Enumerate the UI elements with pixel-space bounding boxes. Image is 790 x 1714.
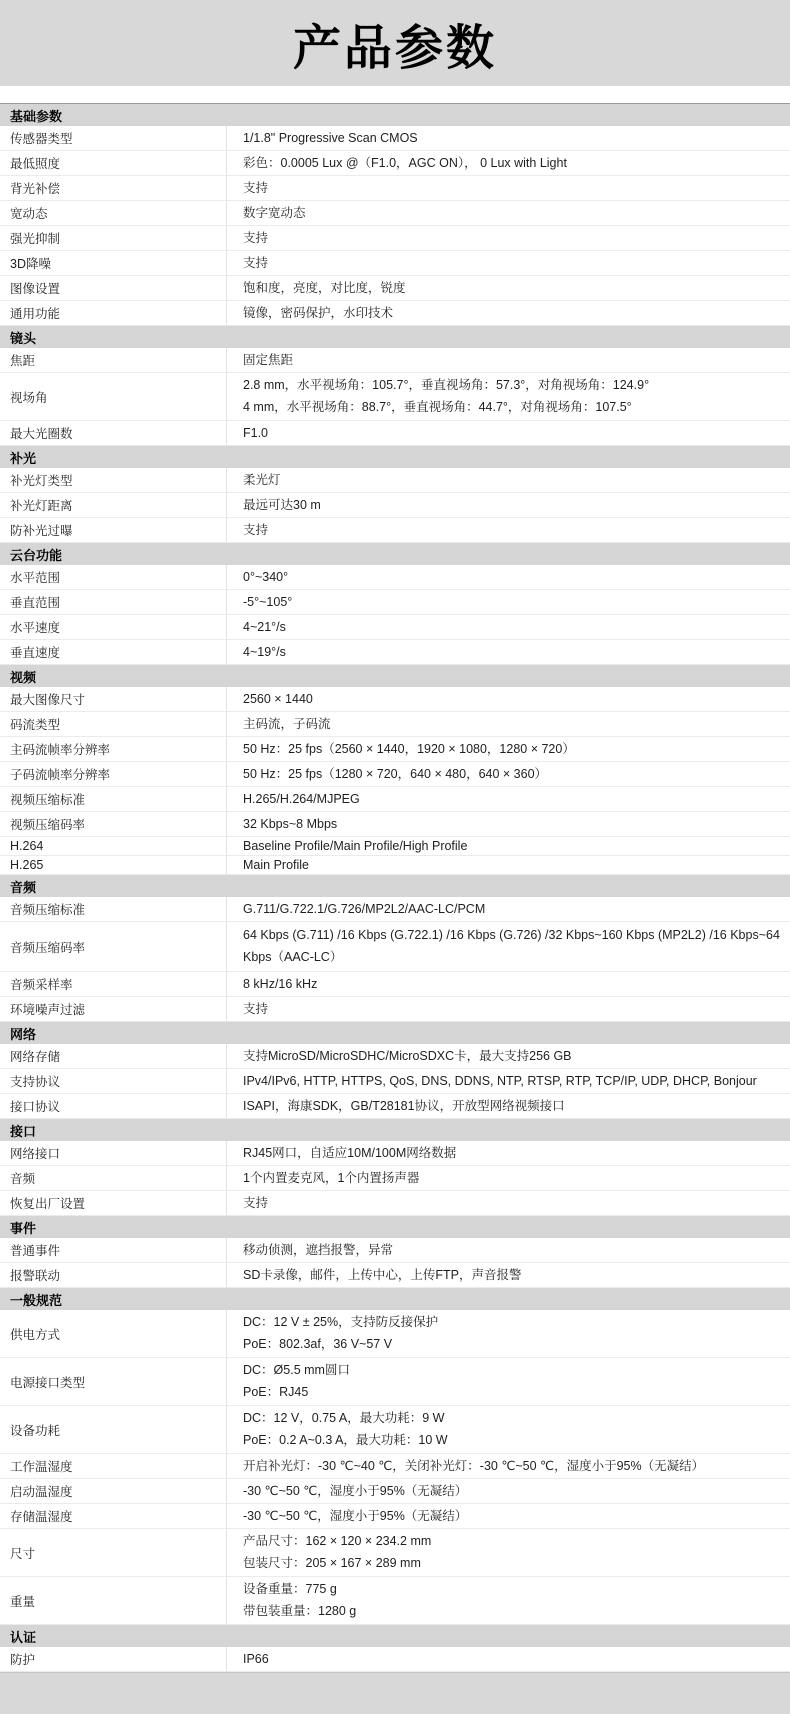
spec-label: 环境噪声过滤 bbox=[0, 997, 227, 1021]
spec-value: 4~19°/s bbox=[227, 640, 790, 664]
spec-label: 传感器类型 bbox=[0, 126, 227, 150]
spec-value: 设备重量：775 g带包装重量：1280 g bbox=[227, 1577, 790, 1624]
spec-label: 电源接口类型 bbox=[0, 1358, 227, 1405]
spec-value: 1个内置麦克风，1个内置扬声器 bbox=[227, 1166, 790, 1190]
section-header: 接口 bbox=[0, 1119, 790, 1141]
spec-value-line: 50 Hz：25 fps（2560 × 1440，1920 × 1080，128… bbox=[243, 742, 782, 757]
page-title: 产品参数 bbox=[293, 9, 497, 78]
spec-label: 背光补偿 bbox=[0, 176, 227, 200]
spec-label: 音频 bbox=[0, 1166, 227, 1190]
spec-row: 电源接口类型DC：Ø5.5 mm圆口PoE：RJ45 bbox=[0, 1358, 790, 1406]
spec-label: 码流类型 bbox=[0, 712, 227, 736]
spec-value: 8 kHz/16 kHz bbox=[227, 972, 790, 996]
spec-row: 子码流帧率分辨率50 Hz：25 fps（1280 × 720，640 × 48… bbox=[0, 762, 790, 787]
spec-value: 彩色：0.0005 Lux @（F1.0，AGC ON）， 0 Lux with… bbox=[227, 151, 790, 175]
spec-value-line: 支持 bbox=[243, 181, 782, 196]
spec-value: DC：Ø5.5 mm圆口PoE：RJ45 bbox=[227, 1358, 790, 1405]
spec-value-line: -5°~105° bbox=[243, 595, 782, 610]
spec-value: 支持MicroSD/MicroSDHC/MicroSDXC卡，最大支持256 G… bbox=[227, 1044, 790, 1068]
spec-label: 3D降噪 bbox=[0, 251, 227, 275]
spec-value: SD卡录像，邮件，上传中心，上传FTP，声音报警 bbox=[227, 1263, 790, 1287]
section-header: 网络 bbox=[0, 1022, 790, 1044]
spec-value-line: 2.8 mm，水平视场角：105.7°，垂直视场角：57.3°，对角视场角：12… bbox=[243, 375, 782, 397]
spec-value: 开启补光灯：-30 ℃~40 ℃，关闭补光灯：-30 ℃~50 ℃，湿度小于95… bbox=[227, 1454, 790, 1478]
spec-value: 镜像，密码保护，水印技术 bbox=[227, 301, 790, 325]
spec-row: H.265Main Profile bbox=[0, 856, 790, 875]
spec-value-line: 数字宽动态 bbox=[243, 206, 782, 221]
spec-value-line: 0°~340° bbox=[243, 570, 782, 585]
spec-label: 存储温湿度 bbox=[0, 1504, 227, 1528]
spec-value: 支持 bbox=[227, 176, 790, 200]
spec-label: 水平范围 bbox=[0, 565, 227, 589]
spec-value-line: 产品尺寸：162 × 120 × 234.2 mm bbox=[243, 1531, 782, 1553]
spec-row: 启动温湿度-30 ℃~50 ℃，湿度小于95%（无凝结） bbox=[0, 1479, 790, 1504]
spec-value: 4~21°/s bbox=[227, 615, 790, 639]
spec-row: 音频压缩码率64 Kbps (G.711) /16 Kbps (G.722.1)… bbox=[0, 922, 790, 972]
spec-value-line: 2560 × 1440 bbox=[243, 692, 782, 707]
section-header: 视频 bbox=[0, 665, 790, 687]
section-header: 一般规范 bbox=[0, 1288, 790, 1310]
spec-row: 强光抑制支持 bbox=[0, 226, 790, 251]
spec-value: 支持 bbox=[227, 518, 790, 542]
spec-value-line: 开启补光灯：-30 ℃~40 ℃，关闭补光灯：-30 ℃~50 ℃，湿度小于95… bbox=[243, 1459, 782, 1474]
spec-row: 通用功能镜像，密码保护，水印技术 bbox=[0, 301, 790, 326]
spec-value-line: Baseline Profile/Main Profile/High Profi… bbox=[243, 840, 782, 853]
spec-value-line: DC：Ø5.5 mm圆口 bbox=[243, 1360, 782, 1382]
spec-value: 柔光灯 bbox=[227, 468, 790, 492]
spec-label: 普通事件 bbox=[0, 1238, 227, 1262]
spec-row: 音频1个内置麦克风，1个内置扬声器 bbox=[0, 1166, 790, 1191]
spec-label: 最低照度 bbox=[0, 151, 227, 175]
spec-label: H.264 bbox=[0, 837, 227, 855]
spec-label: 宽动态 bbox=[0, 201, 227, 225]
spec-label: 启动温湿度 bbox=[0, 1479, 227, 1503]
spec-row: 主码流帧率分辨率50 Hz：25 fps（2560 × 1440，1920 × … bbox=[0, 737, 790, 762]
spec-value: RJ45网口，自适应10M/100M网络数据 bbox=[227, 1141, 790, 1165]
spec-row: 存储温湿度-30 ℃~50 ℃，湿度小于95%（无凝结） bbox=[0, 1504, 790, 1529]
spec-row: 恢复出厂设置支持 bbox=[0, 1191, 790, 1216]
spec-value: 产品尺寸：162 × 120 × 234.2 mm包装尺寸：205 × 167 … bbox=[227, 1529, 790, 1576]
spec-value-line: 彩色：0.0005 Lux @（F1.0，AGC ON）， 0 Lux with… bbox=[243, 156, 782, 171]
spec-row: 3D降噪支持 bbox=[0, 251, 790, 276]
spec-label: 视场角 bbox=[0, 373, 227, 420]
spec-value-line: IP66 bbox=[243, 1652, 782, 1667]
spec-value-line: 最远可达30 m bbox=[243, 498, 782, 513]
spec-value: IPv4/IPv6, HTTP, HTTPS, QoS, DNS, DDNS, … bbox=[227, 1069, 790, 1093]
spec-value-line: 带包装重量：1280 g bbox=[243, 1601, 782, 1623]
spec-value: 2.8 mm，水平视场角：105.7°，垂直视场角：57.3°，对角视场角：12… bbox=[227, 373, 790, 420]
spec-row: 垂直速度4~19°/s bbox=[0, 640, 790, 665]
spec-value: 64 Kbps (G.711) /16 Kbps (G.722.1) /16 K… bbox=[227, 922, 790, 971]
spec-value-line: G.711/G.722.1/G.726/MP2L2/AAC-LC/PCM bbox=[243, 902, 782, 917]
spec-row: 最低照度彩色：0.0005 Lux @（F1.0，AGC ON）， 0 Lux … bbox=[0, 151, 790, 176]
spec-value: 50 Hz：25 fps（2560 × 1440，1920 × 1080，128… bbox=[227, 737, 790, 761]
spec-label: 防护 bbox=[0, 1647, 227, 1671]
spec-row: 补光灯类型柔光灯 bbox=[0, 468, 790, 493]
spec-label: 最大图像尺寸 bbox=[0, 687, 227, 711]
spec-value: G.711/G.722.1/G.726/MP2L2/AAC-LC/PCM bbox=[227, 897, 790, 921]
spec-row: 设备功耗DC：12 V，0.75 A，最大功耗：9 WPoE：0.2 A~0.3… bbox=[0, 1406, 790, 1454]
spec-value-line: 柔光灯 bbox=[243, 473, 782, 488]
spec-row: 背光补偿支持 bbox=[0, 176, 790, 201]
spec-value-line: 32 Kbps~8 Mbps bbox=[243, 817, 782, 832]
spec-label: 报警联动 bbox=[0, 1263, 227, 1287]
spec-label: 补光灯距离 bbox=[0, 493, 227, 517]
spec-label: 接口协议 bbox=[0, 1094, 227, 1118]
spec-value: ISAPI，海康SDK，GB/T28181协议，开放型网络视频接口 bbox=[227, 1094, 790, 1118]
spec-label: 垂直速度 bbox=[0, 640, 227, 664]
spec-row: 最大图像尺寸2560 × 1440 bbox=[0, 687, 790, 712]
spec-value: 主码流，子码流 bbox=[227, 712, 790, 736]
spec-row: 补光灯距离最远可达30 m bbox=[0, 493, 790, 518]
spec-label: 支持协议 bbox=[0, 1069, 227, 1093]
spec-label: 网络存储 bbox=[0, 1044, 227, 1068]
spec-label: 尺寸 bbox=[0, 1529, 227, 1576]
spec-value-line: 主码流，子码流 bbox=[243, 717, 782, 732]
spec-value-line: 支持 bbox=[243, 523, 782, 538]
spec-label: 子码流帧率分辨率 bbox=[0, 762, 227, 786]
spec-row: 最大光圈数F1.0 bbox=[0, 421, 790, 446]
section-header: 认证 bbox=[0, 1625, 790, 1647]
spec-value-line: PoE：802.3af，36 V~57 V bbox=[243, 1334, 782, 1356]
title-band: 产品参数 bbox=[0, 0, 790, 86]
spec-value: -30 ℃~50 ℃，湿度小于95%（无凝结） bbox=[227, 1504, 790, 1528]
spec-value: F1.0 bbox=[227, 421, 790, 445]
spec-label: 图像设置 bbox=[0, 276, 227, 300]
spec-row: 宽动态数字宽动态 bbox=[0, 201, 790, 226]
spec-value: 移动侦测，遮挡报警，异常 bbox=[227, 1238, 790, 1262]
spec-value-line: 8 kHz/16 kHz bbox=[243, 977, 782, 992]
spec-row: 水平范围0°~340° bbox=[0, 565, 790, 590]
spec-label: 音频压缩码率 bbox=[0, 922, 227, 971]
spec-label: 防补光过曝 bbox=[0, 518, 227, 542]
spec-row: 水平速度4~21°/s bbox=[0, 615, 790, 640]
spec-value-line: 支持 bbox=[243, 1002, 782, 1017]
spec-row: 环境噪声过滤支持 bbox=[0, 997, 790, 1022]
spec-value: 1/1.8" Progressive Scan CMOS bbox=[227, 126, 790, 150]
spec-value-line: PoE：0.2 A~0.3 A，最大功耗：10 W bbox=[243, 1430, 782, 1452]
spec-value: 50 Hz：25 fps（1280 × 720，640 × 480，640 × … bbox=[227, 762, 790, 786]
spec-label: 补光灯类型 bbox=[0, 468, 227, 492]
spec-label: 供电方式 bbox=[0, 1310, 227, 1357]
spec-value-line: DC：12 V ± 25%，支持防反接保护 bbox=[243, 1312, 782, 1334]
spec-label: 重量 bbox=[0, 1577, 227, 1624]
section-header: 基础参数 bbox=[0, 104, 790, 126]
section-header: 补光 bbox=[0, 446, 790, 468]
spec-row: 防护IP66 bbox=[0, 1647, 790, 1672]
spec-row: 音频采样率8 kHz/16 kHz bbox=[0, 972, 790, 997]
spec-row: 焦距固定焦距 bbox=[0, 348, 790, 373]
spec-row: 普通事件移动侦测，遮挡报警，异常 bbox=[0, 1238, 790, 1263]
spec-row: 图像设置饱和度，亮度，对比度，锐度 bbox=[0, 276, 790, 301]
spec-value-line: 支持 bbox=[243, 1196, 782, 1211]
spec-value-line: 饱和度，亮度，对比度，锐度 bbox=[243, 281, 782, 296]
spec-value-line: DC：12 V，0.75 A，最大功耗：9 W bbox=[243, 1408, 782, 1430]
spec-value: Main Profile bbox=[227, 856, 790, 874]
spec-label: 主码流帧率分辨率 bbox=[0, 737, 227, 761]
spec-value-line: 4 mm，水平视场角：88.7°，垂直视场角：44.7°，对角视场角：107.5… bbox=[243, 397, 782, 419]
spec-row: 尺寸产品尺寸：162 × 120 × 234.2 mm包装尺寸：205 × 16… bbox=[0, 1529, 790, 1577]
spec-row: 重量设备重量：775 g带包装重量：1280 g bbox=[0, 1577, 790, 1625]
spec-row: 视频压缩标准H.265/H.264/MJPEG bbox=[0, 787, 790, 812]
spec-row: 供电方式DC：12 V ± 25%，支持防反接保护PoE：802.3af，36 … bbox=[0, 1310, 790, 1358]
section-header: 镜头 bbox=[0, 326, 790, 348]
spec-value-line: 支持 bbox=[243, 231, 782, 246]
spec-value-line: 移动侦测，遮挡报警，异常 bbox=[243, 1243, 782, 1258]
section-header: 事件 bbox=[0, 1216, 790, 1238]
spec-row: 传感器类型1/1.8" Progressive Scan CMOS bbox=[0, 126, 790, 151]
spec-value: 支持 bbox=[227, 251, 790, 275]
spec-value: 支持 bbox=[227, 1191, 790, 1215]
spec-row: 报警联动SD卡录像，邮件，上传中心，上传FTP，声音报警 bbox=[0, 1263, 790, 1288]
spec-label: 强光抑制 bbox=[0, 226, 227, 250]
spec-label: 通用功能 bbox=[0, 301, 227, 325]
spec-value-line: PoE：RJ45 bbox=[243, 1382, 782, 1404]
spec-value: 2560 × 1440 bbox=[227, 687, 790, 711]
spec-value-line: 支持 bbox=[243, 256, 782, 271]
spec-label: 焦距 bbox=[0, 348, 227, 372]
spec-value-line: ISAPI，海康SDK，GB/T28181协议，开放型网络视频接口 bbox=[243, 1099, 782, 1114]
spec-row: 垂直范围-5°~105° bbox=[0, 590, 790, 615]
spec-row: 网络存储支持MicroSD/MicroSDHC/MicroSDXC卡，最大支持2… bbox=[0, 1044, 790, 1069]
spec-value-line: RJ45网口，自适应10M/100M网络数据 bbox=[243, 1146, 782, 1161]
section-header: 音频 bbox=[0, 875, 790, 897]
spec-row: 码流类型主码流，子码流 bbox=[0, 712, 790, 737]
spec-table: 基础参数传感器类型1/1.8" Progressive Scan CMOS最低照… bbox=[0, 103, 790, 1673]
spec-label: 工作温湿度 bbox=[0, 1454, 227, 1478]
spec-value-line: 4~21°/s bbox=[243, 620, 782, 635]
section-header: 云台功能 bbox=[0, 543, 790, 565]
spec-label: 恢复出厂设置 bbox=[0, 1191, 227, 1215]
spec-row: 视频压缩码率32 Kbps~8 Mbps bbox=[0, 812, 790, 837]
spec-label: H.265 bbox=[0, 856, 227, 874]
spec-label: 音频采样率 bbox=[0, 972, 227, 996]
spec-value-line: -30 ℃~50 ℃，湿度小于95%（无凝结） bbox=[243, 1484, 782, 1499]
spec-value: DC：12 V，0.75 A，最大功耗：9 WPoE：0.2 A~0.3 A，最… bbox=[227, 1406, 790, 1453]
spec-label: 视频压缩标准 bbox=[0, 787, 227, 811]
spec-value-line: SD卡录像，邮件，上传中心，上传FTP，声音报警 bbox=[243, 1268, 782, 1283]
spec-value: -5°~105° bbox=[227, 590, 790, 614]
spec-value-line: Main Profile bbox=[243, 859, 782, 872]
spec-label: 最大光圈数 bbox=[0, 421, 227, 445]
spec-label: 视频压缩码率 bbox=[0, 812, 227, 836]
spec-value: 支持 bbox=[227, 226, 790, 250]
spec-value-line: 4~19°/s bbox=[243, 645, 782, 660]
spec-value: 0°~340° bbox=[227, 565, 790, 589]
spec-label: 网络接口 bbox=[0, 1141, 227, 1165]
spec-value: IP66 bbox=[227, 1647, 790, 1671]
spec-value: -30 ℃~50 ℃，湿度小于95%（无凝结） bbox=[227, 1479, 790, 1503]
spec-value: H.265/H.264/MJPEG bbox=[227, 787, 790, 811]
spec-value-line: 镜像，密码保护，水印技术 bbox=[243, 306, 782, 321]
spec-row: 支持协议IPv4/IPv6, HTTP, HTTPS, QoS, DNS, DD… bbox=[0, 1069, 790, 1094]
spec-row: 音频压缩标准G.711/G.722.1/G.726/MP2L2/AAC-LC/P… bbox=[0, 897, 790, 922]
spec-value-line: F1.0 bbox=[243, 426, 782, 441]
spec-row: 工作温湿度开启补光灯：-30 ℃~40 ℃，关闭补光灯：-30 ℃~50 ℃，湿… bbox=[0, 1454, 790, 1479]
spec-value-line: -30 ℃~50 ℃，湿度小于95%（无凝结） bbox=[243, 1509, 782, 1524]
spec-row: 网络接口RJ45网口，自适应10M/100M网络数据 bbox=[0, 1141, 790, 1166]
spec-value: DC：12 V ± 25%，支持防反接保护PoE：802.3af，36 V~57… bbox=[227, 1310, 790, 1357]
spec-label: 设备功耗 bbox=[0, 1406, 227, 1453]
spec-value: 32 Kbps~8 Mbps bbox=[227, 812, 790, 836]
spec-value-line: 50 Hz：25 fps（1280 × 720，640 × 480，640 × … bbox=[243, 767, 782, 782]
spec-value-line: IPv4/IPv6, HTTP, HTTPS, QoS, DNS, DDNS, … bbox=[243, 1074, 782, 1089]
spec-value: Baseline Profile/Main Profile/High Profi… bbox=[227, 837, 790, 855]
spec-value: 支持 bbox=[227, 997, 790, 1021]
spec-value: 数字宽动态 bbox=[227, 201, 790, 225]
spec-value-line: 固定焦距 bbox=[243, 353, 782, 368]
spec-value-line: 设备重量：775 g bbox=[243, 1579, 782, 1601]
spec-value: 固定焦距 bbox=[227, 348, 790, 372]
spec-label: 音频压缩标准 bbox=[0, 897, 227, 921]
spec-value-line: 支持MicroSD/MicroSDHC/MicroSDXC卡，最大支持256 G… bbox=[243, 1049, 782, 1064]
content-area: 基础参数传感器类型1/1.8" Progressive Scan CMOS最低照… bbox=[0, 86, 790, 1673]
spec-row: 接口协议ISAPI，海康SDK，GB/T28181协议，开放型网络视频接口 bbox=[0, 1094, 790, 1119]
spec-row: H.264Baseline Profile/Main Profile/High … bbox=[0, 837, 790, 856]
spec-row: 防补光过曝支持 bbox=[0, 518, 790, 543]
spec-value-line: 1个内置麦克风，1个内置扬声器 bbox=[243, 1171, 782, 1186]
spec-value-line: 包装尺寸：205 × 167 × 289 mm bbox=[243, 1553, 782, 1575]
spec-label: 垂直范围 bbox=[0, 590, 227, 614]
spec-value-line: H.265/H.264/MJPEG bbox=[243, 792, 782, 807]
spec-value-line: 1/1.8" Progressive Scan CMOS bbox=[243, 131, 782, 146]
spec-row: 视场角2.8 mm，水平视场角：105.7°，垂直视场角：57.3°，对角视场角… bbox=[0, 373, 790, 421]
spec-value-line: 64 Kbps (G.711) /16 Kbps (G.722.1) /16 K… bbox=[243, 925, 782, 968]
spec-label: 水平速度 bbox=[0, 615, 227, 639]
spec-page: 产品参数 基础参数传感器类型1/1.8" Progressive Scan CM… bbox=[0, 0, 790, 1714]
spec-value: 饱和度，亮度，对比度，锐度 bbox=[227, 276, 790, 300]
spec-value: 最远可达30 m bbox=[227, 493, 790, 517]
